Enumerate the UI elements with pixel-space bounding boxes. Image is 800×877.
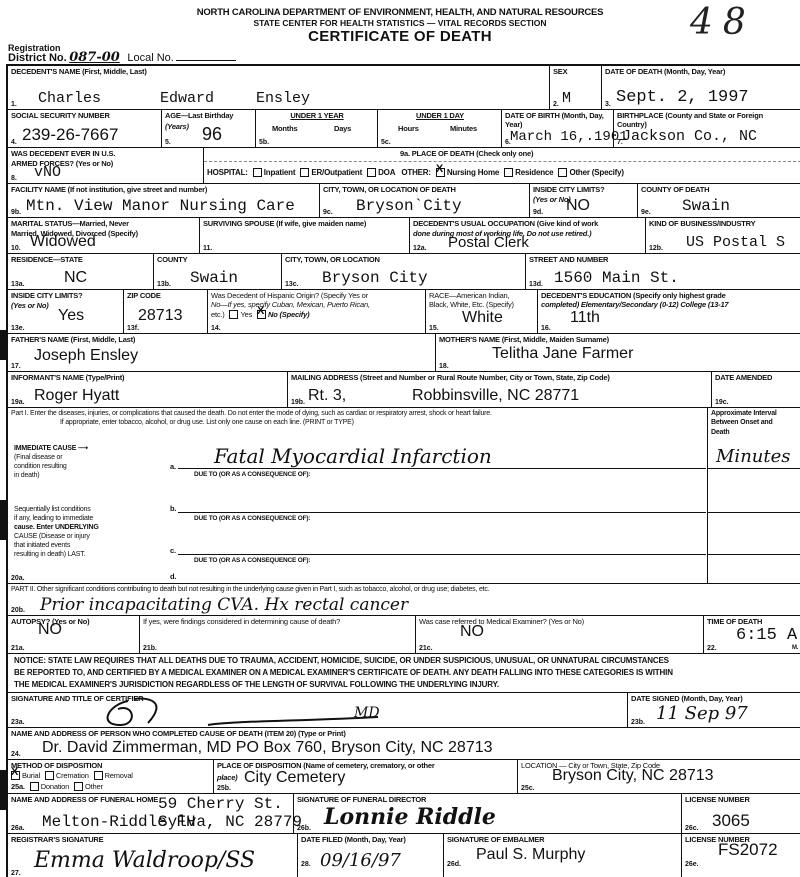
- registrar-signature-field[interactable]: REGISTRAR'S SIGNATURE 27. Emma Waldroop/…: [8, 834, 298, 877]
- yes-no-label: (Yes or No): [11, 301, 49, 310]
- sub-line: condition resulting: [14, 462, 67, 471]
- item-number: 11.: [203, 245, 212, 252]
- item-number: 19b.: [291, 399, 305, 406]
- hospital-label: HOSPITAL:: [207, 168, 248, 177]
- date-signed-field[interactable]: DATE SIGNED (Month, Day, Year) 23b. 11 S…: [628, 692, 800, 728]
- item-number: 13c.: [285, 281, 299, 288]
- autopsy-value: NO: [38, 621, 62, 639]
- item-number: 20a.: [11, 575, 25, 582]
- item-number: 25b.: [217, 785, 231, 792]
- local-value[interactable]: [176, 60, 236, 61]
- inside-city-limits-death-field[interactable]: INSIDE CITY LIMITS? (Yes or No) 9d. NO: [530, 184, 638, 218]
- race-sublabel: Black, White, Etc. (Specify): [429, 300, 514, 309]
- months-label: Months: [272, 124, 297, 133]
- findings-label: If yes, were findings considered in dete…: [143, 617, 340, 626]
- residence-state-value: NC: [64, 269, 87, 287]
- race-label: RACE—American Indian,: [429, 291, 509, 300]
- cremation-checkbox[interactable]: [45, 771, 54, 780]
- father-name-value: Joseph Ensley: [34, 347, 138, 365]
- seq-line: Sequentially list conditions: [14, 505, 99, 514]
- funeral-home-field[interactable]: NAME AND ADDRESS OF FUNERAL HOME 26a. Me…: [8, 794, 294, 834]
- item-number: 1.: [11, 101, 17, 108]
- district-label: District No.: [8, 52, 67, 64]
- disposition-method-field: METHOD OF DISPOSITION Burial Cremation R…: [8, 760, 214, 794]
- hispanic-no-label: No (Specify): [268, 310, 309, 319]
- date-filed-value: 09/16/97: [320, 850, 401, 871]
- time-of-death-label: TIME OF DEATH: [707, 617, 762, 626]
- cause-line-b[interactable]: [178, 512, 706, 513]
- other-specify-label: Other (Specify): [569, 168, 623, 177]
- interval-line-c: [708, 554, 800, 555]
- item-number: 19a.: [11, 399, 25, 406]
- mailing-address-field[interactable]: MAILING ADDRESS (Street and Number or Ru…: [288, 372, 712, 408]
- date-amended-label: DATE AMENDED: [715, 373, 772, 382]
- zip-value: 28713: [138, 307, 183, 325]
- mother-name-value: Telitha Jane Farmer: [492, 345, 633, 363]
- item-number: 21b.: [143, 645, 157, 652]
- sub-line: (Final disease or: [14, 453, 67, 462]
- seq-line: if any, leading to immediate: [14, 514, 99, 523]
- nursing-home-checkbox[interactable]: [436, 168, 445, 177]
- hispanic-yes-checkbox[interactable]: [229, 310, 238, 319]
- seq-line: cause. Enter UNDERLYING: [14, 523, 99, 532]
- zip-code-field[interactable]: ZIP CODE 13f. 28713: [124, 290, 208, 334]
- mailing-address-city: Robbinsville, NC 28771: [412, 387, 579, 405]
- item-number: 9b.: [11, 209, 21, 216]
- middle-name: Edward: [160, 90, 214, 107]
- item-number: 28.: [301, 861, 311, 868]
- item-number: 20b.: [11, 607, 25, 614]
- item-number: 9a.: [400, 149, 410, 158]
- father-name-field[interactable]: FATHER'S NAME (First, Middle, Last) 17. …: [8, 334, 436, 372]
- date-signed-value: 11 Sep 97: [656, 703, 748, 724]
- armed-forces-sublabel: ARMED FORCES? (Yes or No): [11, 159, 113, 168]
- race-value: White: [462, 309, 503, 327]
- item-number: 22.: [707, 645, 717, 652]
- item-number: 8.: [11, 175, 17, 182]
- informant-label: INFORMANT'S NAME (Type/Print): [11, 373, 124, 382]
- ssn-value: 239-26-7667: [22, 125, 118, 145]
- seq-line: that initiated events: [14, 541, 99, 550]
- page-title: CERTIFICATE OF DEATH: [0, 28, 800, 45]
- item-number: 2.: [553, 101, 559, 108]
- date-amended-field[interactable]: DATE AMENDED 19c.: [712, 372, 800, 408]
- birthplace-label: BIRTHPLACE (County and State or Foreign …: [617, 111, 767, 129]
- time-of-death-value: 6:15 A: [736, 626, 797, 645]
- funeral-home-label: NAME AND ADDRESS OF FUNERAL HOME: [11, 795, 158, 804]
- disposition-options-row2: 25a. Donation Other: [11, 782, 103, 792]
- sex-label: SEX: [553, 67, 567, 76]
- residence-checkbox[interactable]: [504, 168, 513, 177]
- time-of-death-field[interactable]: TIME OF DEATH 22. 6:15 A M.: [704, 616, 800, 654]
- days-label: Days: [334, 124, 351, 133]
- item-number: 19c.: [715, 399, 729, 406]
- embalmer-label: SIGNATURE OF EMBALMER: [447, 835, 544, 844]
- item-number: 14.: [211, 325, 221, 332]
- cause-line-a[interactable]: [178, 468, 706, 469]
- item-number: 17.: [11, 363, 21, 370]
- item-number: 26e.: [685, 861, 699, 868]
- inpatient-checkbox[interactable]: [253, 168, 262, 177]
- father-name-label: FATHER'S NAME (First, Middle, Last): [11, 335, 135, 344]
- armed-forces-value: vNO: [34, 164, 61, 181]
- minutes-label: Minutes: [450, 124, 477, 133]
- informant-field[interactable]: INFORMANT'S NAME (Type/Print) 19a. Roger…: [8, 372, 288, 408]
- birthplace-value: Jackson Co., NC: [622, 128, 757, 145]
- section-heading: STATE CENTER FOR HEALTH STATISTICS — VIT…: [0, 18, 800, 28]
- removal-label: Removal: [105, 771, 133, 780]
- item-number: 21a.: [11, 645, 25, 652]
- registration-block: Registration District No. 087-00 Local N…: [8, 44, 236, 63]
- binding-tab: [0, 500, 6, 540]
- item-number: 13f.: [127, 325, 139, 332]
- residence-county-label: COUNTY: [157, 255, 187, 264]
- last-name: Ensley: [256, 90, 310, 107]
- date-of-death-value: Sept. 2, 1997: [616, 88, 749, 107]
- arrow-right-icon: ⟶: [78, 445, 88, 452]
- city-of-death-label: CITY, TOWN, OR LOCATION OF DEATH: [323, 185, 456, 194]
- place-of-death-label: 9a. PLACE OF DEATH (Check only one): [400, 149, 533, 158]
- interval-label: Approximate Interval: [711, 409, 777, 418]
- item-number: 23a.: [11, 719, 25, 726]
- item-number: 13a.: [11, 281, 25, 288]
- education-value: 11th: [570, 309, 600, 327]
- license-number-1-field[interactable]: LICENSE NUMBER 26c. 3065: [682, 794, 800, 834]
- birthplace-field[interactable]: BIRTHPLACE (County and State or Foreign …: [614, 110, 800, 148]
- inside-city-limits-label: INSIDE CITY LIMITS?: [533, 185, 604, 194]
- interval-line-b: [708, 512, 800, 513]
- part1-instructions: Part I. Enter the diseases, injuries, or…: [11, 409, 492, 418]
- item-number: 13e.: [11, 325, 25, 332]
- item-number: 23b.: [631, 719, 645, 726]
- immediate-cause-label: IMMEDIATE CAUSE ⟶: [14, 444, 88, 453]
- certificate-form: DECEDENT'S NAME (First, Middle, Last) 1.…: [6, 64, 800, 877]
- place-of-disposition-sublabel: place): [217, 773, 237, 782]
- armed-forces-label: WAS DECEDENT EVER IN U.S.: [11, 149, 115, 158]
- notice-line-3: THE MEDICAL EXAMINER'S JURISDICTION REGA…: [14, 678, 499, 691]
- interval-value[interactable]: Minutes: [716, 446, 791, 467]
- age-sublabel: (Years): [165, 122, 189, 131]
- immediate-cause-value: Fatal Myocardial Infarction: [214, 444, 492, 468]
- hispanic-sublabel: No—If yes, specify Cuban, Mexican, Puert…: [211, 300, 370, 309]
- item-number: 26d.: [447, 861, 461, 868]
- cause-line-c[interactable]: [178, 554, 706, 555]
- hispanic-label: Was Decedent of Hispanic Origin? (Specif…: [211, 291, 368, 300]
- item-number: 26b.: [297, 825, 311, 832]
- license-2-value: FS2072: [718, 840, 778, 860]
- hispanic-options: etc.) Yes No (Specify): [211, 310, 309, 320]
- autopsy-field[interactable]: AUTOPSY? (Yes or No) 21a. NO: [8, 616, 140, 654]
- facility-name-field[interactable]: FACILITY NAME (If not institution, give …: [8, 184, 320, 218]
- inside-city-limits-value: Yes: [58, 307, 84, 325]
- immediate-cause-sub: (Final disease or condition resulting in…: [14, 453, 67, 480]
- other-label: OTHER:: [401, 168, 430, 177]
- hispanic-yes-label: Yes: [240, 310, 252, 319]
- county-of-death-field[interactable]: COUNTY OF DEATH 9e. Swain: [638, 184, 800, 218]
- part2-value: Prior incapacitating CVA. Hx rectal canc…: [40, 595, 408, 615]
- embalmer-value: Paul S. Murphy: [476, 846, 585, 864]
- residence-label: Residence: [515, 168, 553, 177]
- other-disposition-label: Other: [85, 782, 103, 791]
- nursing-home-label: Nursing Home: [447, 168, 499, 177]
- item-number: 5.: [165, 139, 171, 146]
- sequential-instructions: Sequentially list conditions if any, lea…: [14, 505, 99, 559]
- residence-county-field[interactable]: COUNTY 13b. Swain: [154, 254, 282, 290]
- item-number: 25c.: [521, 785, 535, 792]
- binding-tab: [0, 330, 6, 360]
- interval-column: Approximate Interval Between Onset and D…: [708, 408, 800, 584]
- residence-street-label: STREET AND NUMBER: [529, 255, 608, 264]
- residence-state-label: RESIDENCE—STATE: [11, 255, 83, 264]
- part2-label: PART II. Other significant conditions co…: [11, 585, 489, 594]
- removal-checkbox[interactable]: [94, 771, 103, 780]
- residence-city-label: CITY, TOWN, OR LOCATION: [285, 255, 380, 264]
- binding-tab: [0, 770, 6, 810]
- place-of-disposition-field[interactable]: PLACE OF DISPOSITION (Name of cemetery, …: [214, 760, 518, 794]
- completer-field[interactable]: NAME AND ADDRESS OF PERSON WHO COMPLETED…: [8, 728, 800, 760]
- item-number: 5b.: [259, 139, 269, 146]
- local-label: Local No.: [127, 52, 173, 64]
- business-label: KIND OF BUSINESS/INDUSTRY: [649, 219, 755, 228]
- item-number: 10.: [11, 245, 21, 252]
- occupation-field[interactable]: DECEDENT'S USUAL OCCUPATION (Give kind o…: [410, 218, 646, 254]
- item-number: 5c.: [381, 139, 391, 146]
- business-field[interactable]: KIND OF BUSINESS/INDUSTRY 12b. US Postal…: [646, 218, 800, 254]
- line-b-label: b.: [170, 504, 176, 513]
- disposition-options-row1: Burial Cremation Removal: [11, 771, 133, 781]
- hispanic-etc: etc.): [211, 310, 225, 319]
- decedent-name-field[interactable]: DECEDENT'S NAME (First, Middle, Last) 1.…: [8, 66, 550, 110]
- decedent-name-label: DECEDENT'S NAME (First, Middle, Last): [11, 67, 147, 76]
- item-number: 18.: [439, 363, 449, 370]
- line-d-label: d.: [170, 572, 176, 581]
- medical-examiner-label: Was case referred to Medical Examiner? (…: [419, 617, 584, 626]
- armed-forces-field[interactable]: WAS DECEDENT EVER IN U.S. ARMED FORCES? …: [8, 148, 204, 184]
- funeral-director-signature: Lonnie Riddle: [324, 804, 496, 830]
- city-of-death-field[interactable]: CITY, TOWN, OR LOCATION OF DEATH 9c. Bry…: [320, 184, 530, 218]
- ssn-field[interactable]: SOCIAL SECURITY NUMBER 4. 239-26-7667: [8, 110, 162, 148]
- doa-label: DOA: [378, 168, 395, 177]
- er-outpatient-label: ER/Outpatient: [311, 168, 362, 177]
- item-number: 12b.: [649, 245, 663, 252]
- item-number: 9e.: [641, 209, 651, 216]
- place-of-death-text: PLACE OF DEATH (Check only one): [412, 149, 534, 158]
- license-number-2-field[interactable]: LICENSE NUMBER 26e. FS2072: [682, 834, 800, 877]
- due-to-label: DUE TO (OR AS A CONSEQUENCE OF):: [194, 514, 310, 523]
- dob-label: DATE OF BIRTH (Month, Day, Year): [505, 111, 613, 129]
- mother-name-label: MOTHER'S NAME (First, Middle, Maiden Sur…: [439, 335, 609, 344]
- date-filed-label: DATE FILED (Month, Day, Year): [301, 835, 406, 844]
- inside-city-limits-label: INSIDE CITY LIMITS?: [11, 291, 82, 300]
- other-specify-checkbox[interactable]: [558, 168, 567, 177]
- inside-city-limits-residence-field[interactable]: INSIDE CITY LIMITS? (Yes or No) 13e. Yes: [8, 290, 124, 334]
- age-label: AGE—Last Birthday: [165, 111, 233, 120]
- part1-instructions-2: If appropriate, enter tobacco, alcohol, …: [60, 418, 354, 427]
- residence-street-value: 1560 Main St.: [554, 269, 679, 287]
- disposition-location-field[interactable]: LOCATION — City or Town, State, Zip Code…: [518, 760, 800, 794]
- license-label: LICENSE NUMBER: [685, 795, 750, 804]
- race-field[interactable]: RACE—American Indian, Black, White, Etc.…: [426, 290, 538, 334]
- mailing-address-label: MAILING ADDRESS (Street and Number or Ru…: [291, 373, 610, 382]
- surviving-spouse-label: SURVIVING SPOUSE (If wife, give maiden n…: [203, 219, 366, 228]
- date-of-death-field[interactable]: DATE OF DEATH (Month, Day, Year) 3. Sept…: [602, 66, 800, 110]
- zip-label: ZIP CODE: [127, 291, 161, 300]
- line-c-label: c.: [170, 546, 176, 555]
- place-of-disposition-value: City Cemetery: [244, 769, 345, 787]
- occupation-value: Postal Clerk: [448, 234, 529, 251]
- item-number: 4.: [11, 139, 17, 146]
- informant-value: Roger Hyatt: [34, 387, 119, 405]
- marital-status-value: Widowed: [30, 233, 96, 251]
- district-value[interactable]: 087-00: [69, 50, 120, 65]
- occupation-label: DECEDENT'S USUAL OCCUPATION (Give kind o…: [413, 219, 598, 228]
- residence-city-field[interactable]: CITY, TOWN, OR LOCATION 13c. Bryson City: [282, 254, 526, 290]
- ssn-label: SOCIAL SECURITY NUMBER: [11, 111, 110, 120]
- county-of-death-label: COUNTY OF DEATH: [641, 185, 709, 194]
- completer-value: Dr. David Zimmerman, MD PO Box 760, Brys…: [42, 739, 493, 757]
- certifier-signature-field[interactable]: SIGNATURE AND TITLE OF CERTIFIER 23a. MD: [8, 692, 628, 728]
- under-1-year-field[interactable]: UNDER 1 YEAR Months Days 5b.: [256, 110, 378, 148]
- inpatient-label: Inpatient: [264, 168, 296, 177]
- marital-status-label: MARITAL STATUS—Married, Never: [11, 219, 129, 228]
- date-of-birth-field[interactable]: DATE OF BIRTH (Month, Day, Year) 6. Marc…: [502, 110, 614, 148]
- facility-label: FACILITY NAME (If not institution, give …: [11, 185, 207, 194]
- under-1-year-label: UNDER 1 YEAR: [256, 111, 378, 120]
- item-number: 13d.: [529, 281, 543, 288]
- doa-checkbox[interactable]: [367, 168, 376, 177]
- completer-label: NAME AND ADDRESS OF PERSON WHO COMPLETED…: [11, 729, 346, 738]
- item-number: 26a.: [11, 825, 25, 832]
- donation-label: Donation: [41, 782, 69, 791]
- marital-status-field[interactable]: MARITAL STATUS—Married, Never Married, W…: [8, 218, 200, 254]
- hispanic-origin-field[interactable]: Was Decedent of Hispanic Origin? (Specif…: [208, 290, 426, 334]
- item-number: 12a.: [413, 245, 427, 252]
- er-outpatient-checkbox[interactable]: [300, 168, 309, 177]
- funeral-director-label: SIGNATURE OF FUNERAL DIRECTOR: [297, 795, 426, 804]
- cremation-label: Cremation: [56, 771, 89, 780]
- immediate-cause-text: IMMEDIATE CAUSE: [14, 445, 76, 452]
- license-1-value: 3065: [712, 811, 750, 831]
- interval-label-3: Death: [711, 428, 729, 437]
- part2-field[interactable]: PART II. Other significant conditions co…: [8, 584, 800, 616]
- time-suffix: M.: [792, 644, 798, 653]
- place-of-death-field: 9a. PLACE OF DEATH (Check only one) HOSP…: [204, 148, 800, 184]
- under-1-day-field[interactable]: UNDER 1 DAY Hours Minutes 5c.: [378, 110, 502, 148]
- hispanic-no-checkbox[interactable]: [257, 310, 266, 319]
- residence-city-value: Bryson City: [322, 269, 428, 287]
- city-of-death-value: Bryson`City: [356, 197, 462, 215]
- age-field[interactable]: AGE—Last Birthday (Years) 5. 96: [162, 110, 256, 148]
- funeral-home-address-2: Sylva, NC 28779: [158, 813, 302, 831]
- donation-checkbox[interactable]: [30, 782, 39, 791]
- education-sublabel: completed) Elementary/Secondary (0-12) C…: [541, 300, 728, 309]
- disposition-label: METHOD OF DISPOSITION: [11, 761, 102, 770]
- item-number: 13b.: [157, 281, 171, 288]
- education-field[interactable]: DECEDENT'S EDUCATION (Specify only highe…: [538, 290, 800, 334]
- medical-examiner-field[interactable]: Was case referred to Medical Examiner? (…: [416, 616, 704, 654]
- date-of-death-label: DATE OF DEATH (Month, Day, Year): [605, 67, 725, 76]
- embalmer-signature-field[interactable]: SIGNATURE OF EMBALMER 26d. Paul S. Murph…: [444, 834, 682, 877]
- registrar-signature: Emma Waldroop/SS: [34, 848, 255, 873]
- county-of-death-value: Swain: [682, 197, 730, 215]
- yes-no-label: (Yes or No): [533, 195, 571, 204]
- notice-block: NOTICE: STATE LAW REQUIRES THAT ALL DEAT…: [8, 654, 800, 692]
- item-number: 9d.: [533, 209, 543, 216]
- interval-label-2: Between Onset and: [711, 418, 773, 427]
- item-number: 26c.: [685, 825, 699, 832]
- education-label: DECEDENT'S EDUCATION (Specify only highe…: [541, 291, 726, 300]
- findings-field[interactable]: If yes, were findings considered in dete…: [140, 616, 416, 654]
- residence-county-value: Swain: [190, 269, 238, 287]
- date-filed-field[interactable]: DATE FILED (Month, Day, Year) 28. 09/16/…: [298, 834, 444, 877]
- item-number: 24.: [11, 751, 21, 758]
- hours-label: Hours: [398, 124, 419, 133]
- surviving-spouse-field[interactable]: SURVIVING SPOUSE (If wife, give maiden n…: [200, 218, 410, 254]
- seq-line: resulting in death) LAST.: [14, 550, 99, 559]
- item-number: 27.: [11, 870, 21, 877]
- item-number: 15.: [429, 325, 439, 332]
- residence-state-field[interactable]: RESIDENCE—STATE 13a. NC: [8, 254, 154, 290]
- due-to-label: DUE TO (OR AS A CONSEQUENCE OF):: [194, 556, 310, 565]
- due-to-label: DUE TO (OR AS A CONSEQUENCE OF):: [194, 470, 310, 479]
- burial-checkbox[interactable]: [11, 771, 20, 780]
- mother-name-field[interactable]: MOTHER'S NAME (First, Middle, Maiden Sur…: [436, 334, 800, 372]
- burial-label: Burial: [22, 771, 40, 780]
- business-value: US Postal S: [686, 234, 785, 251]
- medical-examiner-value: NO: [460, 623, 484, 641]
- line-a-label: a.: [170, 462, 176, 471]
- item-number: 16.: [541, 325, 551, 332]
- funeral-home-address-1: 59 Cherry St.: [158, 795, 283, 813]
- age-value: 96: [202, 124, 222, 145]
- registrar-label: REGISTRAR'S SIGNATURE: [11, 835, 103, 844]
- facility-value: Mtn. View Manor Nursing Care: [26, 197, 295, 215]
- certifier-title: MD: [354, 705, 380, 721]
- residence-street-field[interactable]: STREET AND NUMBER 13d. 1560 Main St.: [526, 254, 800, 290]
- date-signed-label: DATE SIGNED (Month, Day, Year): [631, 694, 743, 703]
- funeral-director-signature-field[interactable]: SIGNATURE OF FUNERAL DIRECTOR 26b. Lonni…: [294, 794, 682, 834]
- item-number: 25a.: [11, 782, 25, 791]
- inside-city-limits-value: NO: [566, 197, 590, 215]
- interval-line-a: [708, 468, 800, 469]
- item-number: 9c.: [323, 209, 333, 216]
- first-name: Charles: [38, 90, 101, 107]
- dob-value: March 16,.1901: [510, 129, 628, 145]
- page-number: 48: [690, 2, 756, 43]
- department-heading: NORTH CAROLINA DEPARTMENT OF ENVIRONMENT…: [0, 7, 800, 18]
- sex-value: M: [562, 90, 571, 107]
- other-disposition-checkbox[interactable]: [74, 782, 83, 791]
- item-number: 21c.: [419, 645, 433, 652]
- sex-field[interactable]: SEX 2. M: [550, 66, 602, 110]
- sub-line: in death): [14, 471, 67, 480]
- place-of-death-options: HOSPITAL: Inpatient ER/Outpatient DOA OT…: [207, 168, 624, 178]
- cause-of-death-part1: Part I. Enter the diseases, injuries, or…: [8, 408, 708, 584]
- under-1-day-label: UNDER 1 DAY: [378, 111, 502, 120]
- seq-line: CAUSE (Disease or injury: [14, 532, 99, 541]
- disposition-location-value: Bryson City, NC 28713: [552, 767, 714, 785]
- item-number: 3.: [605, 101, 611, 108]
- mailing-address-street: Rt. 3,: [308, 387, 346, 405]
